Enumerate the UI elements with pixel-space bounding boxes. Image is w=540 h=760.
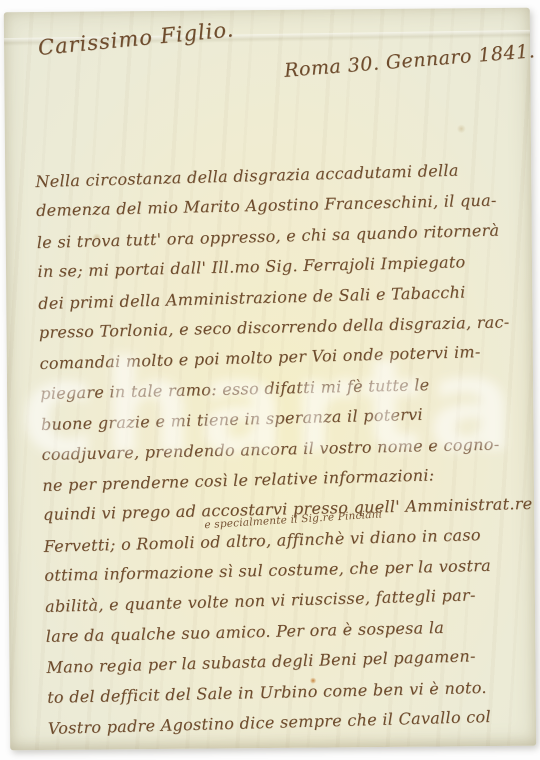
letter-paper-sheet: Carissimo Figlio. Roma 30. Gennaro 1841.… bbox=[4, 8, 536, 751]
age-spot bbox=[457, 124, 466, 133]
letter-salutation: Carissimo Figlio. bbox=[37, 17, 235, 60]
letter-body: Nella circostanza della disgrazia accadu… bbox=[35, 155, 530, 743]
letter-dateline: Roma 30. Gennaro 1841. bbox=[283, 40, 536, 82]
